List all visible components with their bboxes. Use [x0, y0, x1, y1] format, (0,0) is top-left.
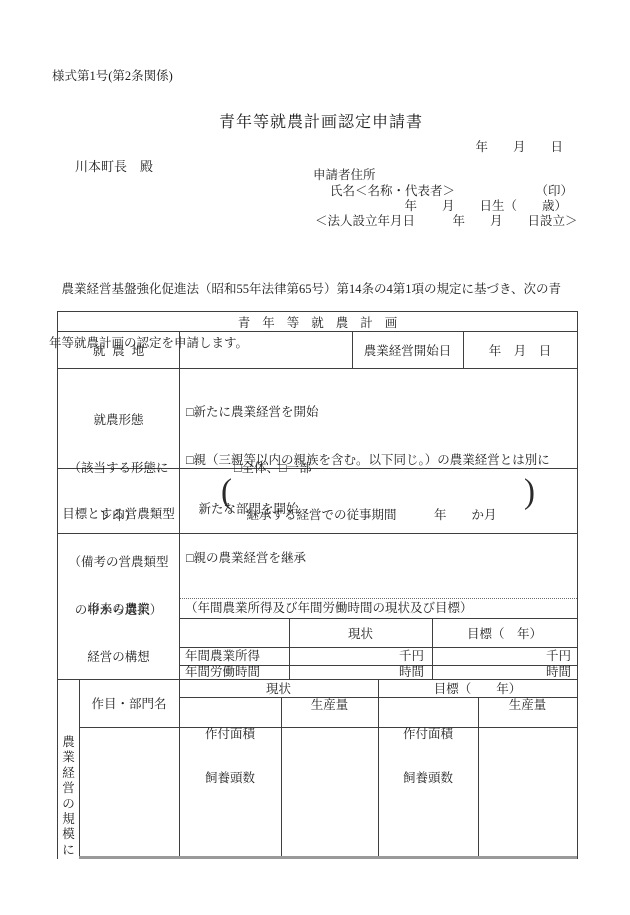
- application-date-line: 年 月 日: [475, 137, 563, 155]
- kibo-current-header: 現状: [179, 679, 378, 697]
- corporation-line: ＜法人設立年月日 年 月 日設立＞: [315, 211, 577, 229]
- hours-current-unit: 時間: [289, 665, 424, 679]
- kousou-target-header: 目標（ 年）: [432, 618, 577, 647]
- kousou-caption: （年間農業所得及び年間労働時間の現状及び目標）: [185, 600, 571, 617]
- start-date-label: 農業経営開始日: [352, 331, 463, 368]
- table-title: 青年等就農計画: [58, 312, 577, 331]
- jobland-label: 就農地: [58, 331, 179, 368]
- income-target-unit: 千円: [432, 647, 571, 665]
- keitai-options: □新たに農業経営を開始 □親（三親等以内の親族を含む。以下同じ。）の農業経営とは…: [179, 368, 577, 468]
- kousou-label-line: 将来の農業: [58, 601, 179, 617]
- kibo-target-header: 目標（ 年）: [378, 679, 577, 697]
- keitai-label-line: 就農形態: [58, 412, 179, 428]
- ruikei-label-line: 目標とする営農類型: [58, 506, 179, 522]
- area-header-line: 作付面積: [179, 727, 281, 742]
- area-header-line: 作付面積: [378, 727, 478, 742]
- document-page: { "doc": { "form_number": "様式第1号(第2条関係)"…: [0, 0, 630, 915]
- hours-label: 年間労働時間: [185, 665, 285, 679]
- ruikei-value-cell: [179, 468, 577, 533]
- income-label: 年間農業所得: [185, 647, 285, 665]
- kibo-side-label: 農業経営の規模に: [58, 679, 79, 859]
- income-current-unit: 千円: [289, 647, 424, 665]
- kousou-label-line: 経営の構想: [58, 649, 179, 665]
- plan-table: 青年等就農計画 就農地 農業経営開始日 年 月 日 就農形態 （該当する形態に …: [57, 311, 578, 859]
- area-header-line: 飼養頭数: [179, 771, 281, 786]
- area-header-current: 作付面積 飼養頭数: [179, 697, 281, 727]
- jobland-value-cell: [179, 331, 352, 368]
- checkbox-option: □新たに農業経営を開始: [186, 404, 577, 420]
- page-cut-line: [79, 856, 577, 859]
- prod-header-current: 生産量: [281, 697, 378, 727]
- prod-header-target: 生産量: [478, 697, 577, 727]
- area-header-line: 飼養頭数: [378, 771, 478, 786]
- document-title: 青年等就農計画認定申請書: [0, 109, 630, 132]
- ruikei-label: 目標とする営農類型 （備考の営農類型 の中から選択）: [58, 468, 179, 533]
- addressee: 川本町長 殿: [75, 156, 153, 175]
- form-number: 様式第1号(第2条関係): [52, 66, 173, 84]
- area-header-target: 作付面積 飼養頭数: [378, 697, 478, 727]
- hours-target-unit: 時間: [432, 665, 571, 679]
- kousou-current-header: 現状: [289, 618, 432, 647]
- intro-line: 農業経営基盤強化促進法（昭和55年法律第65号）第14条の4第1項の規定に基づき…: [49, 280, 561, 298]
- kousou-label: 将来の農業 経営の構想: [58, 533, 179, 679]
- start-date-value: 年 月 日: [463, 331, 577, 368]
- keitai-label: 就農形態 （該当する形態に レ印）: [58, 368, 179, 468]
- grid-line: [79, 727, 577, 728]
- item-column-header: 作目・部門名: [79, 679, 179, 727]
